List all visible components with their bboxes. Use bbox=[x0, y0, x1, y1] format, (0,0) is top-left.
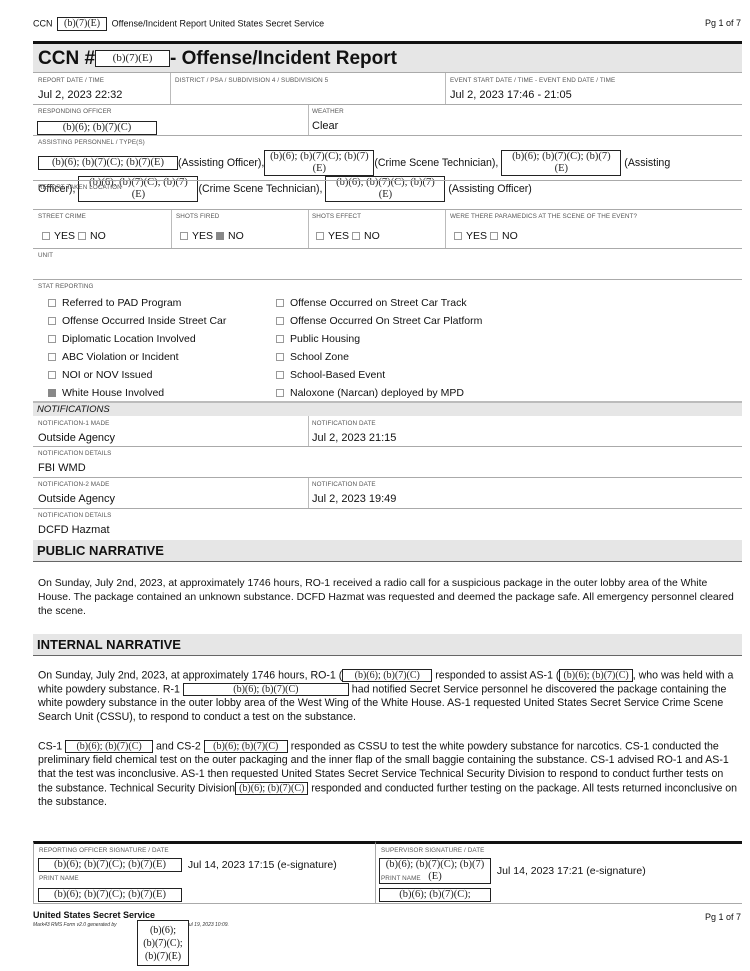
stat-reporting-item: School Zone bbox=[276, 351, 349, 363]
checkbox[interactable] bbox=[276, 335, 284, 343]
flag-options: YESNO bbox=[454, 230, 518, 242]
checkbox[interactable] bbox=[48, 371, 56, 379]
stat-reporting-item: Referred to PAD Program bbox=[48, 297, 181, 309]
notification-2-date-label: NOTIFICATION DATE bbox=[312, 481, 376, 488]
notifications-header: NOTIFICATIONS bbox=[33, 403, 742, 416]
reporting-print-name-redaction: (b)(6); (b)(7)(C); (b)(7)(E) bbox=[38, 888, 182, 902]
stat-reporting-item: Offense Occurred On Street Car Platform bbox=[276, 315, 482, 327]
report-date: Jul 2, 2023 22:32 bbox=[38, 89, 122, 101]
stat-reporting-item: Offense Occurred on Street Car Track bbox=[276, 297, 467, 309]
no-checkbox[interactable] bbox=[78, 232, 86, 240]
no-checkbox[interactable] bbox=[216, 232, 224, 240]
notification-2-details-label: NOTIFICATION DETAILS bbox=[38, 512, 112, 519]
checkbox[interactable] bbox=[276, 299, 284, 307]
supervisor-signature-box: SUPERVISOR SIGNATURE / DATE (b)(6); (b)(… bbox=[376, 841, 742, 904]
checkbox[interactable] bbox=[48, 335, 56, 343]
yes-label: YES bbox=[192, 230, 213, 242]
unit-label: UNIT bbox=[38, 252, 53, 259]
divider bbox=[33, 209, 742, 210]
stat-reporting-label: School Zone bbox=[290, 351, 349, 363]
notification-1-details-label: NOTIFICATION DETAILS bbox=[38, 450, 112, 457]
stat-reporting-label: Diplomatic Location Involved bbox=[62, 333, 196, 345]
stat-reporting-label: School-Based Event bbox=[290, 369, 385, 381]
notification-2: Outside Agency bbox=[38, 493, 115, 505]
reporting-signature-date: Jul 14, 2023 17:15 (e-signature) bbox=[188, 859, 337, 871]
reporting-signature-label: REPORTING OFFICER SIGNATURE / DATE bbox=[39, 847, 169, 854]
no-label: NO bbox=[502, 230, 518, 242]
divider bbox=[171, 210, 172, 248]
notification-2-date: Jul 2, 2023 19:49 bbox=[312, 493, 396, 505]
weather: Clear bbox=[312, 120, 338, 132]
no-label: NO bbox=[364, 230, 380, 242]
yes-checkbox[interactable] bbox=[42, 232, 50, 240]
report-title: CCN #(b)(7)(E)- Offense/Incident Report bbox=[33, 44, 742, 74]
internal-narrative-p1: On Sunday, July 2nd, 2023, at approximat… bbox=[38, 669, 738, 725]
yes-checkbox[interactable] bbox=[454, 232, 462, 240]
public-narrative-text: On Sunday, July 2nd, 2023, at approximat… bbox=[38, 577, 738, 618]
flag-label: SHOTS EFFECT bbox=[312, 213, 361, 220]
supervisor-print-name-redaction: (b)(6); (b)(7)(C); bbox=[379, 888, 491, 902]
public-narrative-header: PUBLIC NARRATIVE bbox=[33, 540, 742, 562]
assisting-personnel: (b)(6); (b)(7)(C); (b)(7)(E)(Assisting O… bbox=[38, 150, 738, 202]
checkbox[interactable] bbox=[48, 299, 56, 307]
notification-1-label: NOTIFICATION-1 MADE bbox=[38, 420, 109, 427]
reporting-signature-redaction: (b)(6); (b)(7)(C); (b)(7)(E) bbox=[38, 858, 182, 872]
notification-1: Outside Agency bbox=[38, 432, 115, 444]
stat-reporting-label: STAT REPORTING bbox=[38, 283, 94, 290]
stat-reporting-label: Public Housing bbox=[290, 333, 360, 345]
notification-1-date: Jul 2, 2023 21:15 bbox=[312, 432, 396, 444]
checkbox[interactable] bbox=[276, 389, 284, 397]
flag-label: STREET CRIME bbox=[38, 213, 86, 220]
divider bbox=[33, 180, 742, 181]
no-label: NO bbox=[90, 230, 106, 242]
location-label: REPORT TAKEN LOCATION bbox=[38, 184, 122, 191]
divider bbox=[33, 135, 742, 136]
flag-label: SHOTS FIRED bbox=[176, 213, 219, 220]
footer-page-number: Pg 1 of 7 bbox=[705, 912, 741, 922]
report-date-label: REPORT DATE / TIME bbox=[38, 77, 104, 84]
flag-options: YESNO bbox=[180, 230, 244, 242]
divider bbox=[308, 416, 309, 446]
checkbox[interactable] bbox=[48, 317, 56, 325]
footer-org: United States Secret Service bbox=[33, 910, 155, 920]
page-header: CCN (b)(7)(E) Offense/Incident Report Un… bbox=[33, 17, 324, 31]
ccn-label: CCN bbox=[33, 18, 53, 28]
notification-2-details: DCFD Hazmat bbox=[38, 524, 110, 536]
checkbox[interactable] bbox=[276, 371, 284, 379]
yes-checkbox[interactable] bbox=[180, 232, 188, 240]
internal-narrative-header: INTERNAL NARRATIVE bbox=[33, 634, 742, 656]
checkbox[interactable] bbox=[276, 317, 284, 325]
title-ccn-redaction: (b)(7)(E) bbox=[95, 50, 170, 67]
supervisor-signature-label: SUPERVISOR SIGNATURE / DATE bbox=[381, 847, 484, 854]
stat-reporting-item: Public Housing bbox=[276, 333, 360, 345]
weather-label: WEATHER bbox=[312, 108, 344, 115]
divider bbox=[308, 478, 309, 508]
assisting-label: ASSISTING PERSONNEL / TYPE(S) bbox=[38, 139, 145, 146]
flag-label: WERE THERE PARAMEDICS AT THE SCENE OF TH… bbox=[450, 213, 637, 220]
ccn-redaction: (b)(7)(E) bbox=[57, 17, 107, 31]
report-title-bar: CCN #(b)(7)(E)- Offense/Incident Report bbox=[33, 44, 742, 72]
divider bbox=[33, 477, 742, 478]
stat-reporting-item: School-Based Event bbox=[276, 369, 385, 381]
stat-reporting-item: ABC Violation or Incident bbox=[48, 351, 179, 363]
divider bbox=[445, 210, 446, 248]
divider bbox=[33, 248, 742, 249]
no-checkbox[interactable] bbox=[352, 232, 360, 240]
stat-reporting-item: Offense Occurred Inside Street Car bbox=[48, 315, 226, 327]
no-label: NO bbox=[228, 230, 244, 242]
divider bbox=[33, 446, 742, 447]
divider bbox=[308, 105, 309, 135]
reporting-print-name-label: PRINT NAME bbox=[39, 875, 79, 882]
supervisor-signature-date: Jul 14, 2023 17:21 (e-signature) bbox=[497, 865, 646, 877]
page-number: Pg 1 of 7 bbox=[705, 18, 741, 28]
notification-1-date-label: NOTIFICATION DATE bbox=[312, 420, 376, 427]
divider bbox=[308, 210, 309, 248]
divider bbox=[33, 508, 742, 509]
divider bbox=[33, 72, 742, 73]
stat-reporting-label: Offense Occurred on Street Car Track bbox=[290, 297, 467, 309]
checkbox[interactable] bbox=[48, 353, 56, 361]
flag-options: YESNO bbox=[316, 230, 380, 242]
divider bbox=[445, 73, 446, 104]
footer-redaction: (b)(6); (b)(7)(C); (b)(7)(E) bbox=[137, 920, 189, 966]
stat-reporting-label: Offense Occurred On Street Car Platform bbox=[290, 315, 482, 327]
checkbox[interactable] bbox=[276, 353, 284, 361]
stat-reporting-item: NOI or NOV Issued bbox=[48, 369, 152, 381]
stat-reporting-label: ABC Violation or Incident bbox=[62, 351, 179, 363]
stat-reporting-label: Offense Occurred Inside Street Car bbox=[62, 315, 226, 327]
footer-generated: Mark43 RMS Form v2.0 generated by on Jul… bbox=[33, 922, 229, 928]
no-checkbox[interactable] bbox=[490, 232, 498, 240]
stat-reporting-item: Naloxone (Narcan) deployed by MPD bbox=[276, 387, 464, 399]
flag-options: YESNO bbox=[42, 230, 106, 242]
yes-label: YES bbox=[466, 230, 487, 242]
reporting-officer-signature-box: REPORTING OFFICER SIGNATURE / DATE (b)(6… bbox=[33, 841, 376, 904]
stat-reporting-item: Diplomatic Location Involved bbox=[48, 333, 196, 345]
district-label: DISTRICT / PSA / SUBDIVISION 4 / SUBDIVI… bbox=[175, 77, 328, 84]
responding-officer-label: RESPONDING OFFICER bbox=[38, 108, 112, 115]
stat-reporting-item: White House Involved bbox=[48, 387, 164, 399]
notification-2-label: NOTIFICATION-2 MADE bbox=[38, 481, 109, 488]
stat-reporting-label: Naloxone (Narcan) deployed by MPD bbox=[290, 387, 464, 399]
event-time-label: EVENT START DATE / TIME - EVENT END DATE… bbox=[450, 77, 615, 84]
divider bbox=[170, 73, 171, 104]
stat-reporting-label: NOI or NOV Issued bbox=[62, 369, 152, 381]
header-subtitle: Offense/Incident Report United States Se… bbox=[112, 18, 324, 28]
yes-checkbox[interactable] bbox=[316, 232, 324, 240]
event-time: Jul 2, 2023 17:46 - 21:05 bbox=[450, 89, 572, 101]
notification-1-details: FBI WMD bbox=[38, 462, 86, 474]
internal-narrative-p2: CS-1 (b)(6); (b)(7)(C) and CS-2 (b)(6); … bbox=[38, 740, 738, 810]
supervisor-print-name-label: PRINT NAME bbox=[381, 875, 421, 882]
responding-officer-redaction: (b)(6); (b)(7)(C) bbox=[37, 121, 157, 135]
divider bbox=[33, 279, 742, 280]
divider bbox=[33, 104, 742, 105]
stat-reporting-label: White House Involved bbox=[62, 387, 164, 399]
yes-label: YES bbox=[328, 230, 349, 242]
stat-reporting-label: Referred to PAD Program bbox=[62, 297, 181, 309]
yes-label: YES bbox=[54, 230, 75, 242]
checkbox[interactable] bbox=[48, 389, 56, 397]
